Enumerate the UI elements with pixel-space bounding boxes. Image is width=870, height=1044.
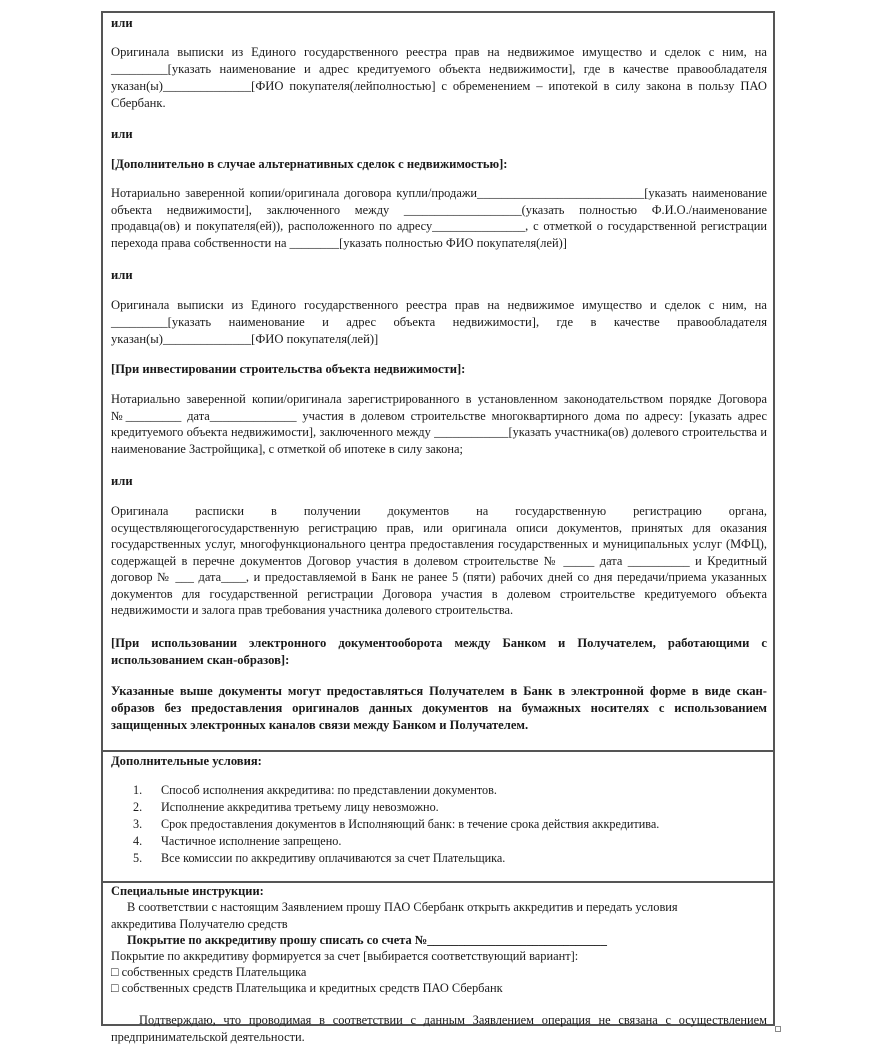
paragraph-registration-receipt: Оригинала расписки в получении документо…: [111, 503, 767, 619]
conditions-title: Дополнительные условия:: [111, 753, 767, 770]
table-resize-handle[interactable]: [775, 1026, 781, 1032]
list-item: 3.Срок предоставления документов в Испол…: [133, 816, 659, 833]
list-item: 4.Частичное исполнение запрещено.: [133, 833, 659, 850]
or-separator: или: [111, 126, 767, 143]
special-instructions-section: Специальные инструкции: В соответствии с…: [103, 881, 773, 1024]
list-item: 1.Способ исполнения аккредитива: по пред…: [133, 782, 659, 799]
conditions-list: 1.Способ исполнения аккредитива: по пред…: [133, 782, 659, 867]
checkbox-icon[interactable]: □: [111, 965, 118, 979]
request-paragraph: В соответствии с настоящим Заявлением пр…: [111, 899, 703, 932]
special-title: Специальные инструкции:: [111, 883, 767, 900]
or-separator: или: [111, 15, 767, 32]
or-separator: или: [111, 473, 767, 490]
account-number-blank[interactable]: _____________________________: [427, 933, 607, 947]
heading-investment: [При инвестировании строительства объект…: [111, 361, 767, 378]
list-item: 5.Все комиссии по аккредитиву оплачивают…: [133, 850, 659, 867]
paragraph-shared-construction: Нотариально заверенной копии/оригинала з…: [111, 391, 767, 457]
documents-section: или Оригинала выписки из Единого государ…: [103, 13, 773, 750]
document-frame: или Оригинала выписки из Единого государ…: [101, 11, 775, 1026]
confirmation-paragraph: Подтверждаю, что проводимая в соответств…: [111, 1012, 767, 1044]
coverage-label: Покрытие по аккредитиву формируется за с…: [111, 948, 767, 965]
paragraph-egrp-extract: Оригинала выписки из Единого государстве…: [111, 44, 767, 112]
heading-alternative-deals: [Дополнительно в случае альтернативных с…: [111, 156, 767, 173]
option-own-funds[interactable]: □ собственных средств Плательщика: [111, 964, 767, 981]
option-own-and-credit-funds[interactable]: □ собственных средств Плательщика и кред…: [111, 980, 767, 997]
list-item: 2.Исполнение аккредитива третьему лицу н…: [133, 799, 659, 816]
additional-conditions-section: Дополнительные условия: 1.Способ исполне…: [103, 750, 773, 881]
checkbox-icon[interactable]: □: [111, 981, 118, 995]
paragraph-scan-documents: Указанные выше документы могут предостав…: [111, 683, 767, 734]
debit-account-line: Покрытие по аккредитиву прошу списать со…: [111, 932, 767, 949]
or-separator: или: [111, 267, 767, 284]
paragraph-egrp-extract-2: Оригинала выписки из Единого государстве…: [111, 297, 767, 348]
paragraph-sale-contract: Нотариально заверенной копии/оригинала д…: [111, 185, 767, 251]
heading-edo: [При использовании электронного документ…: [111, 635, 767, 669]
